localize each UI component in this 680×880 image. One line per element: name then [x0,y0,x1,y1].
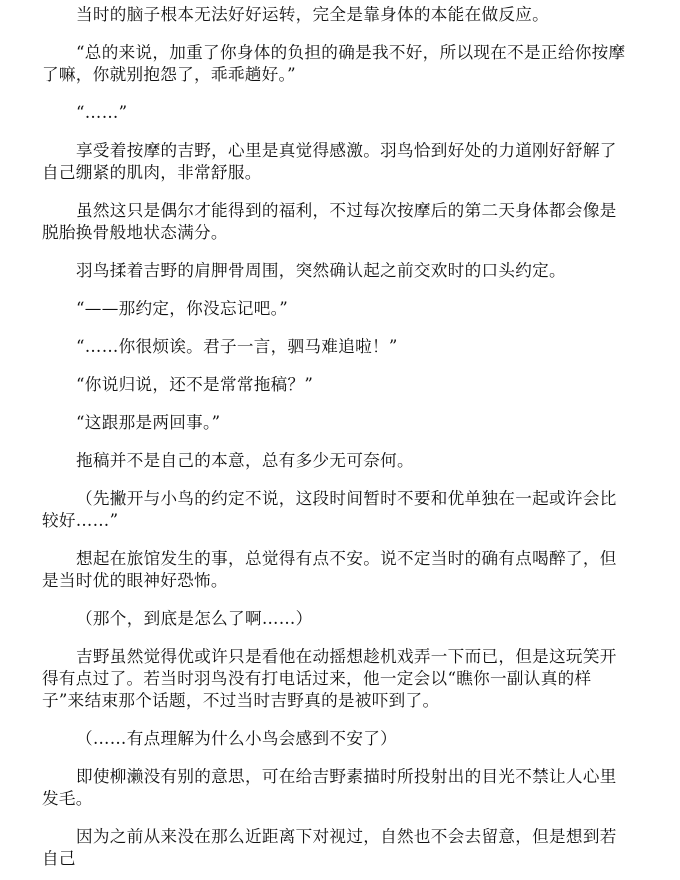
document-page: 当时的脑子根本无法好好运转，完全是靠身体的本能在做反应。 “总的来说，加重了你身… [42,4,630,880]
paragraph: “你说归说，还不是常常拖稿？” [42,374,630,396]
paragraph: 享受着按摩的吉野，心里是真觉得感激。羽鸟恰到好处的力道刚好舒解了自己绷紧的肌肉，… [42,140,630,184]
paragraph: 虽然这只是偶尔才能得到的福利，不过每次按摩后的第二天身体都会像是脱胎换骨般地状态… [42,200,630,244]
paragraph: “总的来说，加重了你身体的负担的确是我不好，所以现在不是正给你按摩了嘛，你就别抱… [42,42,630,86]
paragraph: 羽鸟揉着吉野的肩胛骨周围，突然确认起之前交欢时的口头约定。 [42,260,630,282]
paragraph: （那个，到底是怎么了啊……） [42,608,630,630]
paragraph: （先撇开与小鸟的约定不说，这段时间暂时不要和优单独在一起或许会比较好……” [42,488,630,532]
paragraph: （……有点理解为什么小鸟会感到不安了） [42,728,630,750]
paragraph: “这跟那是两回事。” [42,412,630,434]
paragraph: 当时的脑子根本无法好好运转，完全是靠身体的本能在做反应。 [42,4,630,26]
paragraph: 吉野虽然觉得优或许只是看他在动摇想趁机戏弄一下而已，但是这玩笑开得有点过了。若当… [42,646,630,712]
paragraph: 即使柳濑没有别的意思，可在给吉野素描时所投射出的目光不禁让人心里发毛。 [42,766,630,810]
paragraph: “……你很烦诶。君子一言，驷马难追啦！” [42,336,630,358]
paragraph: “——那约定，你没忘记吧。” [42,298,630,320]
paragraph: 因为之前从来没在那么近距离下对视过，自然也不会去留意，但是想到若自己 [42,826,630,870]
paragraph: 拖稿并不是自己的本意，总有多少无可奈何。 [42,450,630,472]
paragraph: “……” [42,102,630,124]
paragraph: 想起在旅馆发生的事，总觉得有点不安。说不定当时的确有点喝醉了，但是当时优的眼神好… [42,548,630,592]
